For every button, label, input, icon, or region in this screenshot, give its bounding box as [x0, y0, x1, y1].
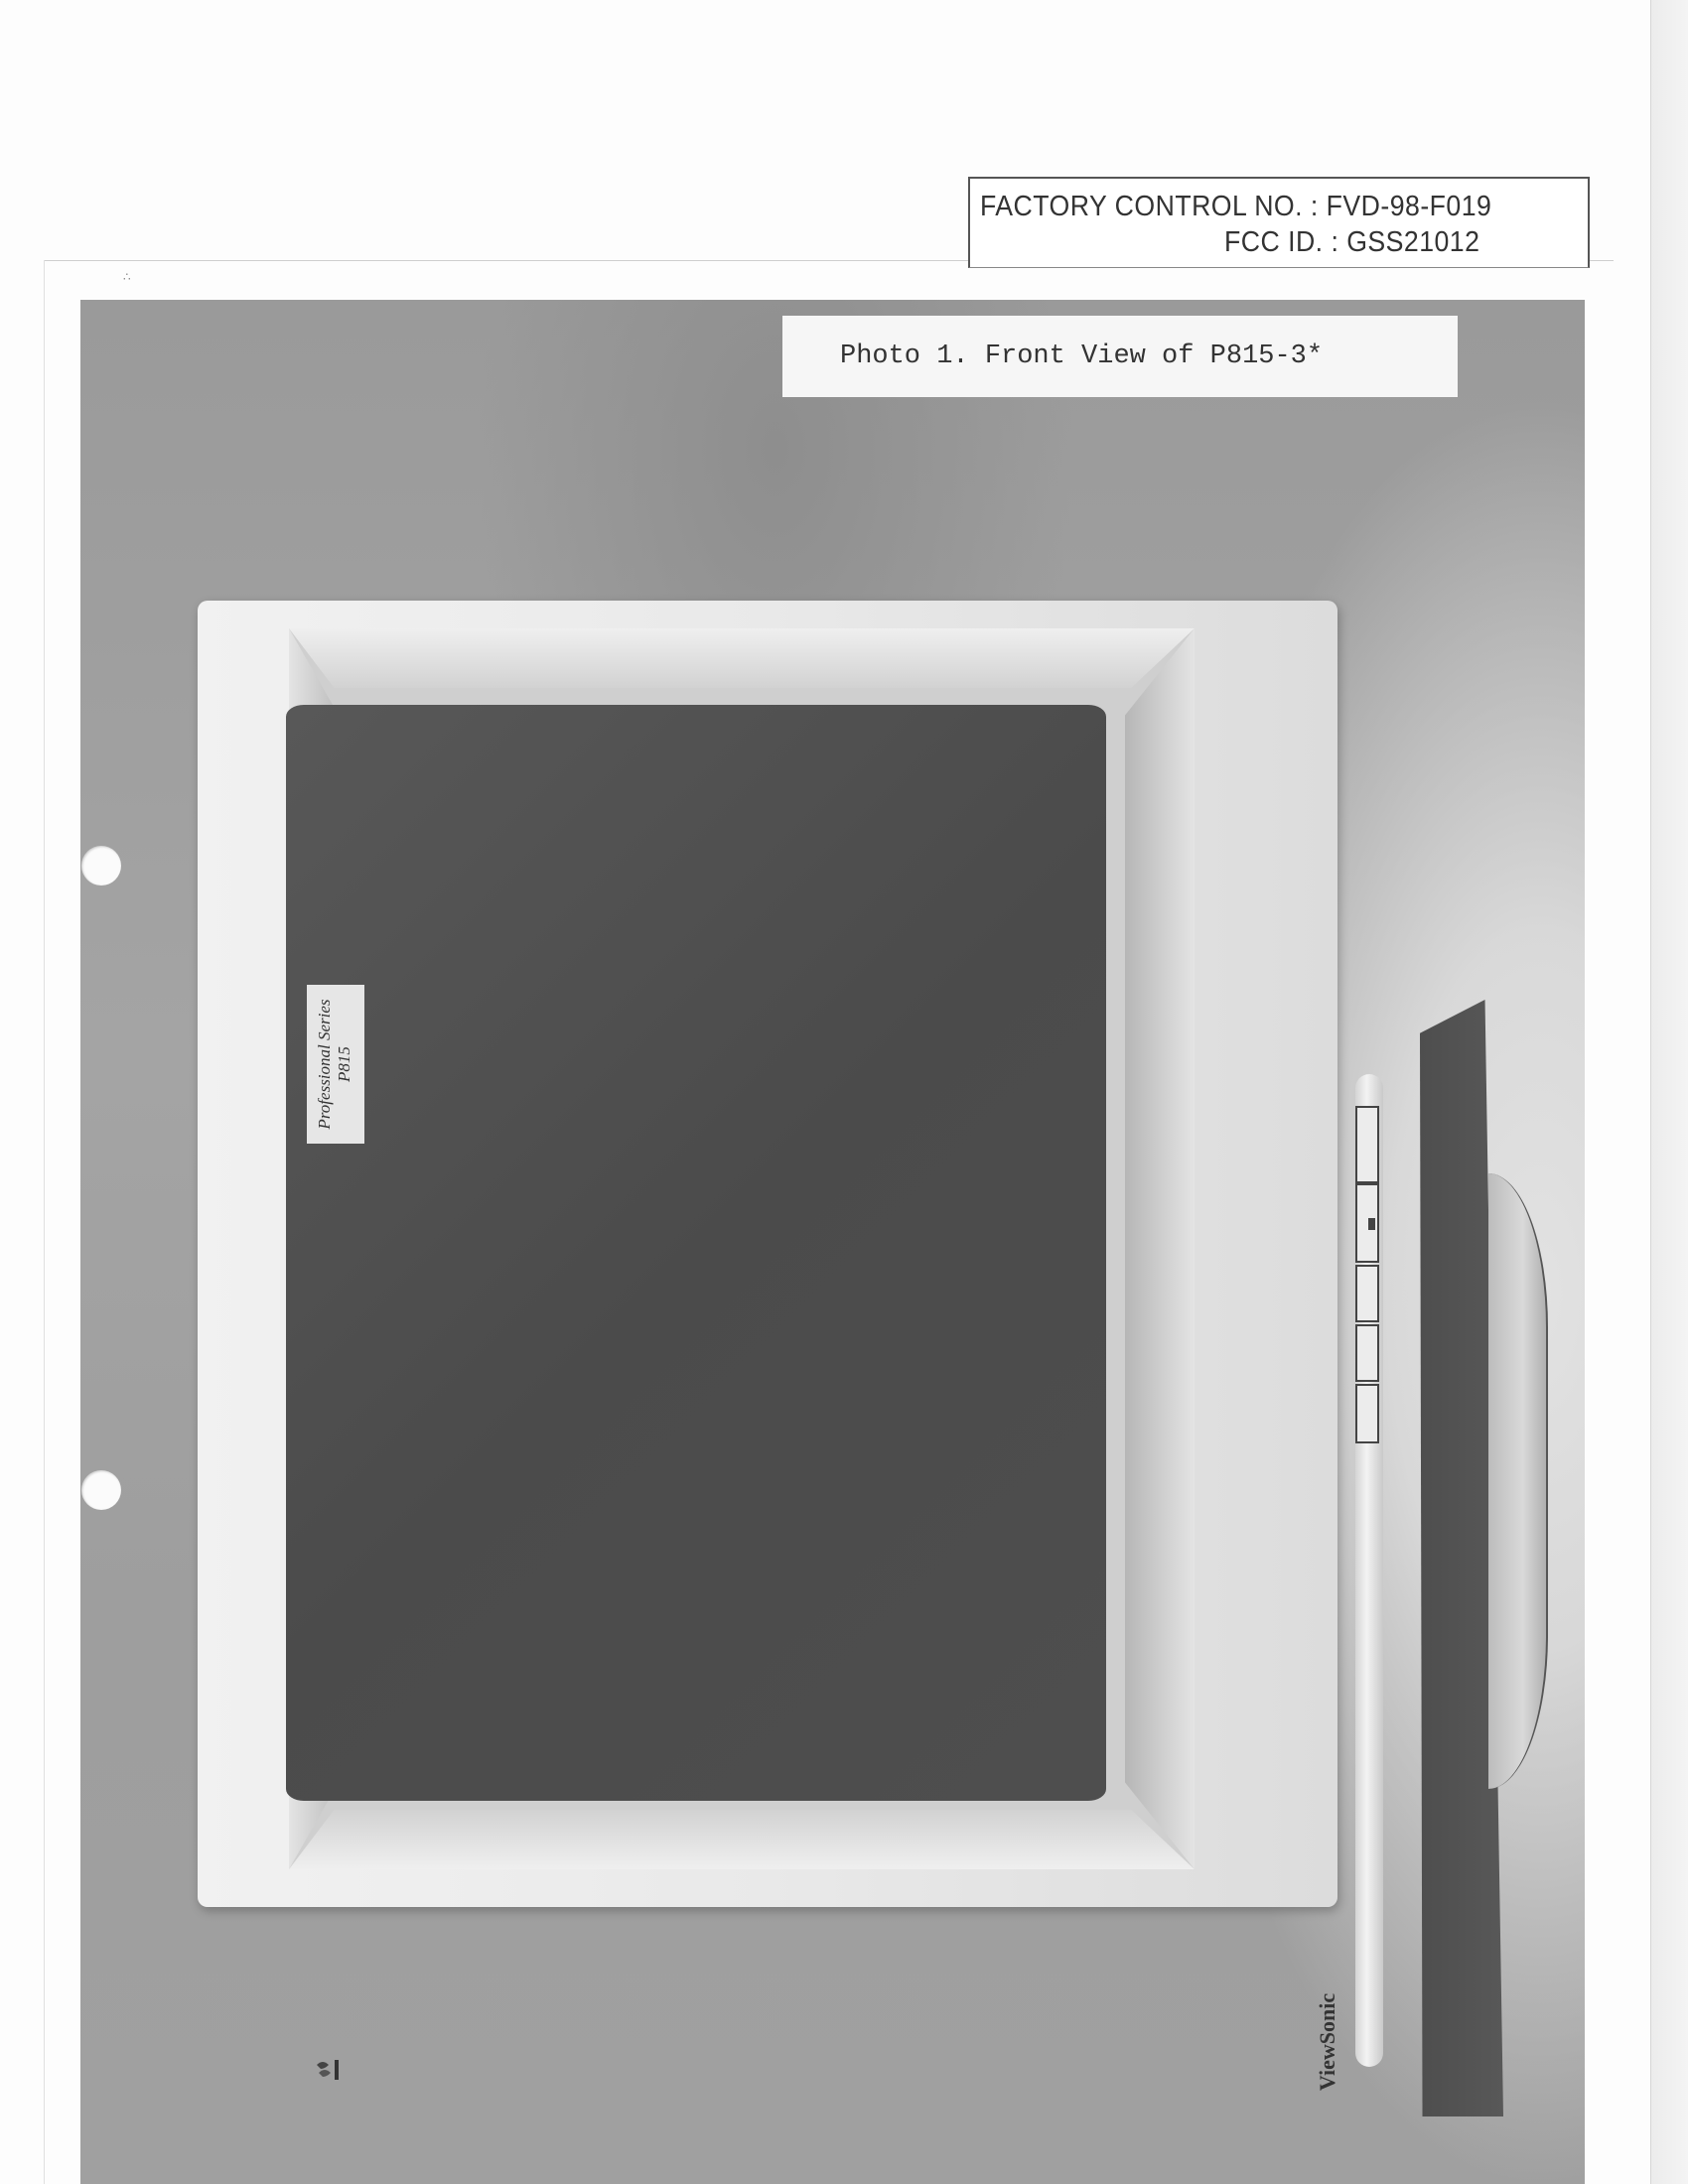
brand-logo-text: ViewSonic — [1315, 1993, 1340, 2091]
fcc-id-value: GSS21012 — [1346, 226, 1479, 258]
model-badge-text: Professional Series P815 — [315, 999, 354, 1129]
monitor-screen — [286, 705, 1106, 1801]
factory-control-value: FVD-98-F019 — [1327, 191, 1492, 222]
power-indicator-icon — [1368, 1218, 1375, 1230]
control-button-5[interactable] — [1355, 1384, 1379, 1443]
fcc-id-row: FCC ID. : GSS21012 — [1224, 226, 1479, 259]
factory-control-box: FACTORY CONTROL NO. : FVD-98-F019 FCC ID… — [968, 177, 1590, 268]
page-edge — [1651, 0, 1688, 2184]
control-button-4[interactable] — [1355, 1324, 1379, 1382]
scan-border-left — [44, 260, 45, 2184]
photo-caption: Photo 1. Front View of P815-3* — [782, 316, 1458, 397]
punch-hole-top — [81, 846, 121, 886]
control-button-1[interactable] — [1355, 1106, 1379, 1183]
photo-caption-text: Photo 1. Front View of P815-3* — [840, 341, 1323, 371]
fcc-id-label: FCC ID. — [1224, 226, 1324, 258]
punch-hole-bottom — [81, 1470, 121, 1510]
scan-speck: ∴ — [123, 270, 131, 284]
factory-control-row: FACTORY CONTROL NO. : FVD-98-F019 — [980, 191, 1491, 223]
factory-control-label: FACTORY CONTROL NO. — [980, 191, 1303, 222]
control-button-2[interactable] — [1355, 1183, 1379, 1263]
series-label: Professional Series — [315, 999, 335, 1129]
monitor-stand — [1488, 1173, 1548, 1789]
monitor-photo: Photo 1. Front View of P815-3* Professio… — [80, 300, 1585, 2184]
viewsonic-logo-icon — [315, 2057, 343, 2083]
control-button-3[interactable] — [1355, 1265, 1379, 1322]
model-label: P815 — [335, 999, 354, 1129]
